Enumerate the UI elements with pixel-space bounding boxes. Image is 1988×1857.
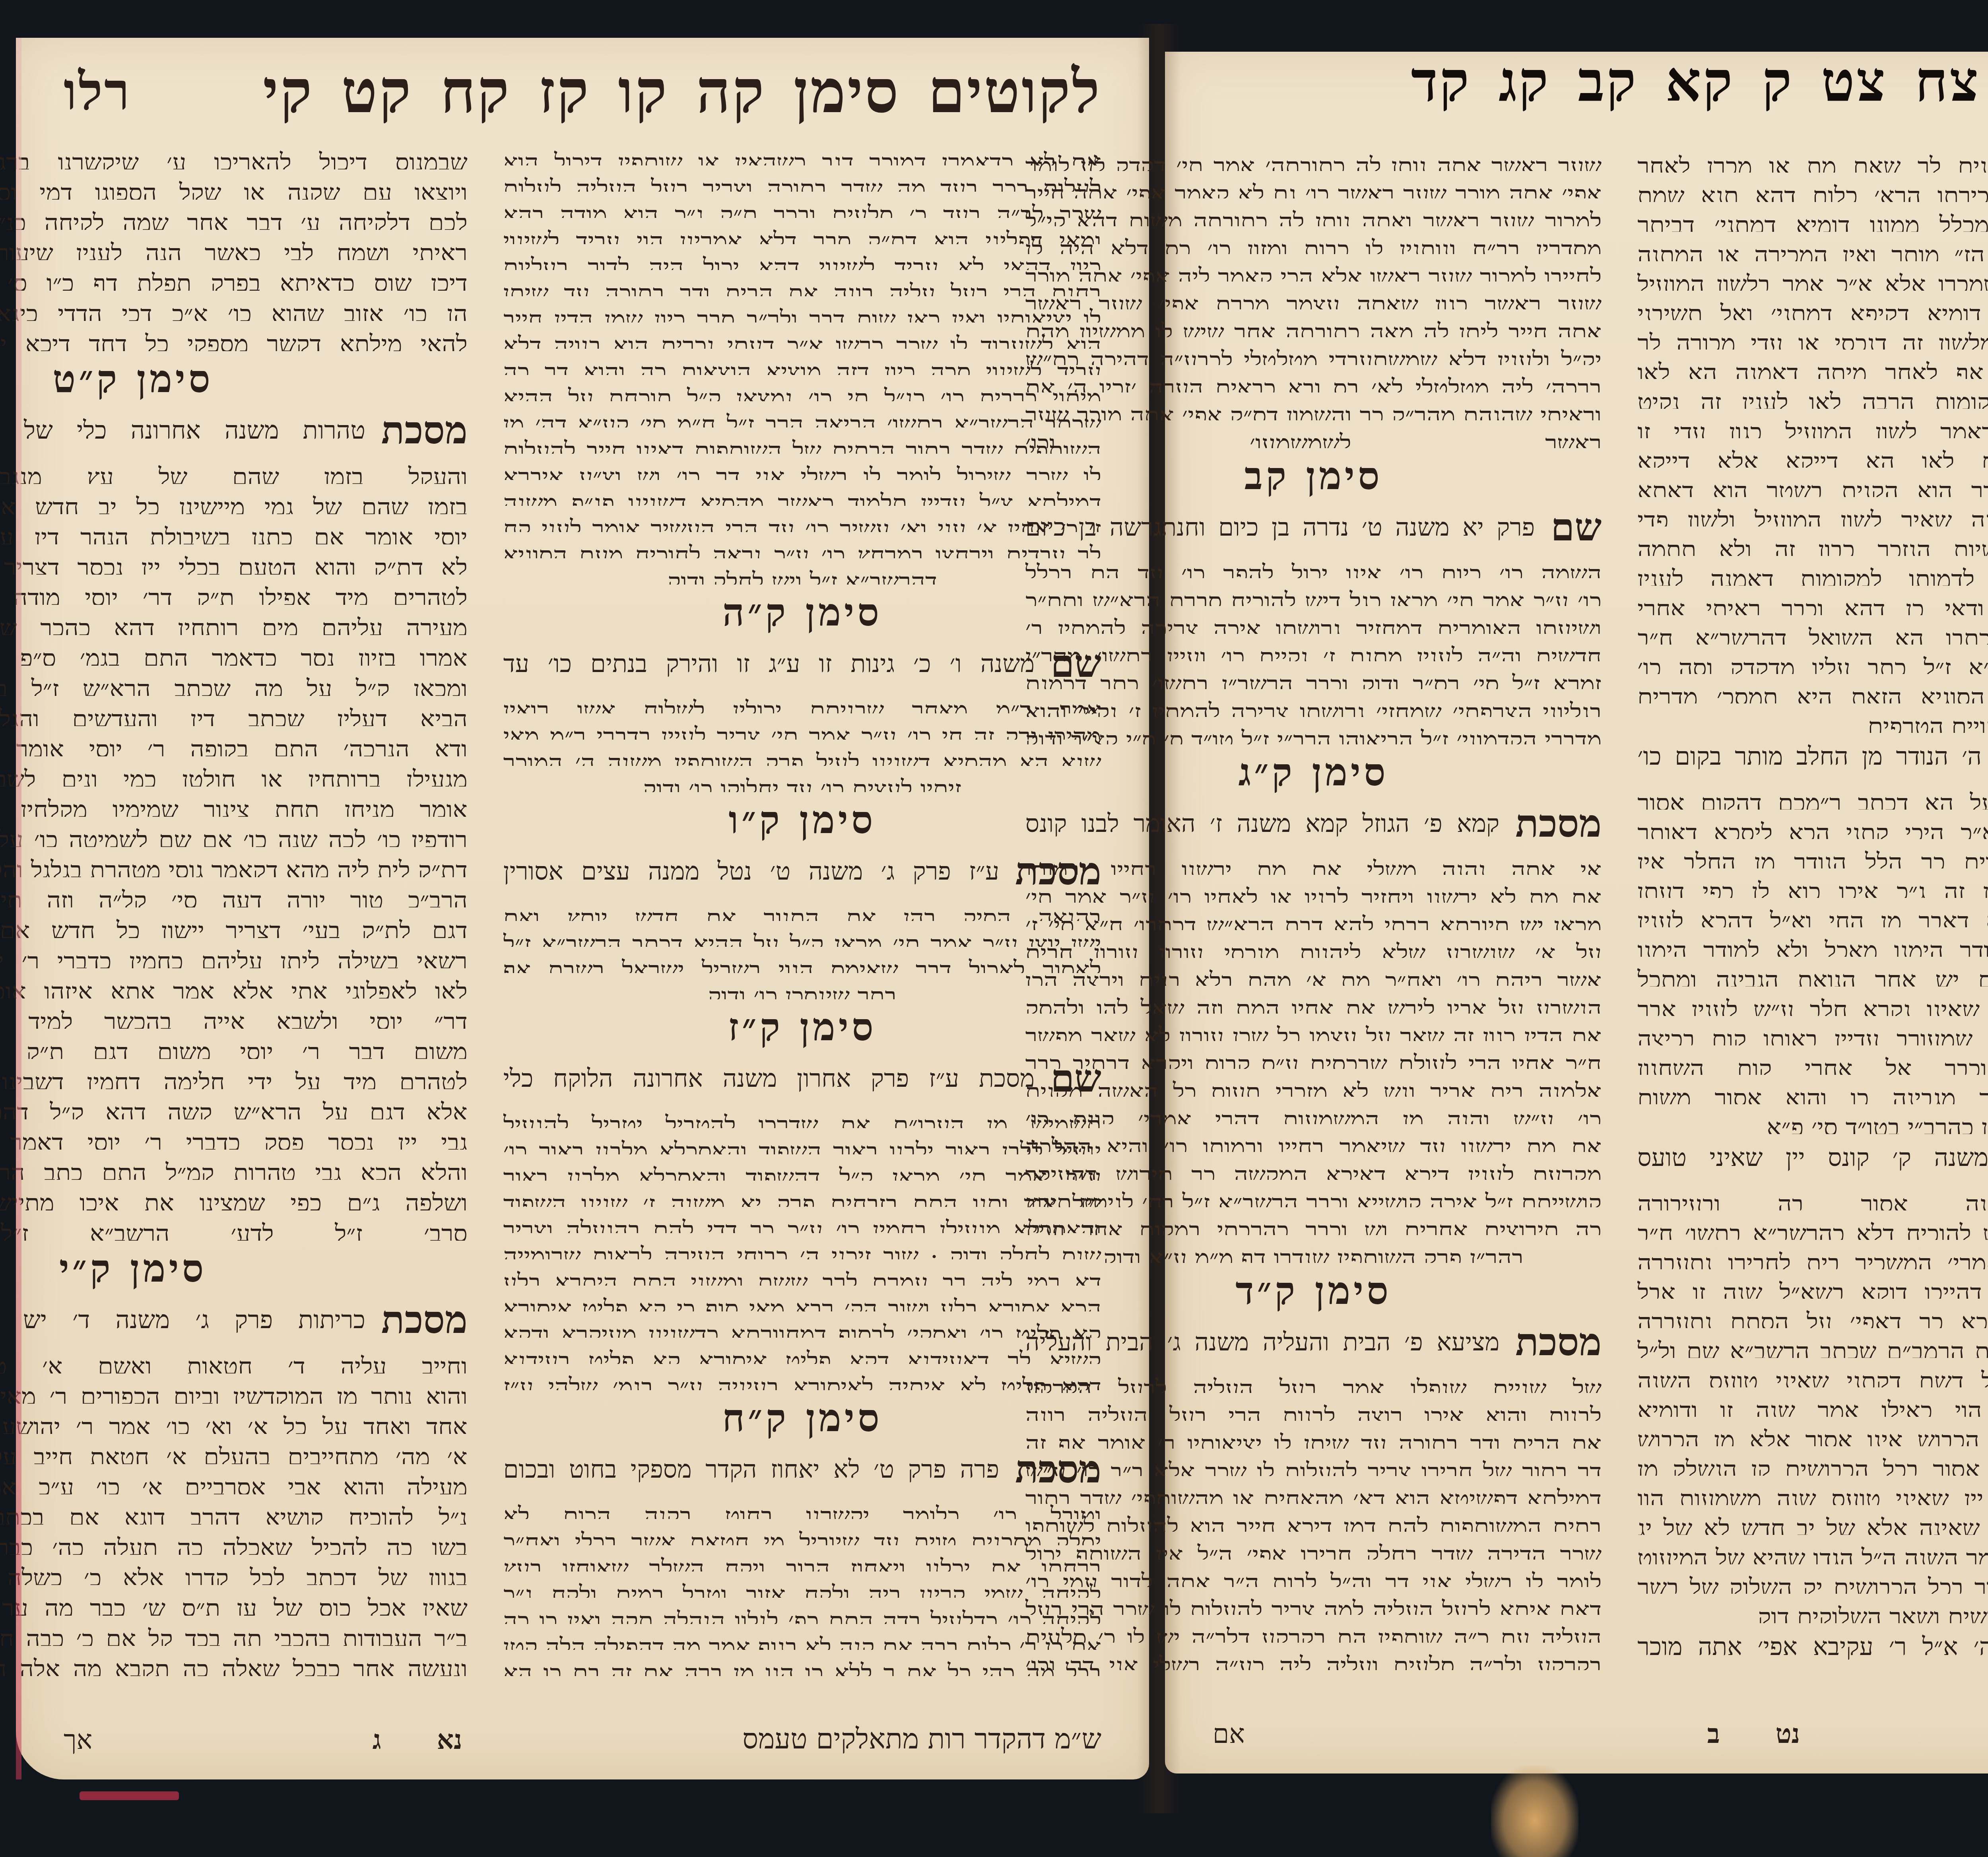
left-page: לקוטיםסימןקהקוקזקחקטקי רלו אם לא כדאמרן … (16, 38, 1149, 1779)
text-line: ושיעתו האומרים דמחזיר גרושתו איכה צריכה … (1025, 606, 1602, 634)
labeled-line: מסכתקמא פ׳ הגוזל קמא משנה ז׳ האומר לבנו … (1025, 800, 1602, 847)
text-line: והלא הכא גבי טהרות קמ״ל התם כתב הרב״י הל… (0, 1150, 468, 1180)
text-line: דא רמי ליה רב עמרם לרב ששת ומשני התם הית… (503, 1259, 1101, 1286)
text-line: ח״כ אחיו הרי לעולם שבכסים ע״ס קבוס ויקרא… (1025, 1041, 1602, 1069)
text-line: ישן יוצן ע״כ אמר תי׳ מכאן ק״ל על ההיא דכ… (503, 921, 1101, 947)
text-line: דר״ יוסי ולשבא אייה בהכשר למיד הדין עם ה… (0, 998, 468, 1029)
text-line: שבמנוס דיכול להאריכו ע׳ שיקשרנו ברגש קנה… (0, 139, 468, 169)
left-catch-line: ש״מ דהקדר רות מתאלקים טעמס (742, 1723, 1101, 1756)
text-line: ז׳ כ׳ אחין א׳ עני וא׳ עשיר כו׳ עד הרי הע… (503, 506, 1101, 532)
text-line: לא כבשאר הכבושים ושאר השלוקים דוק (1637, 1594, 1988, 1623)
text-line: הכא אסורא בלע ושוב הק׳ רבא מאי סוף כי קא… (503, 1286, 1101, 1312)
text-line: חדשים וה״ה לענין מתנת ז׳ נקיים כו׳ ועיין… (1025, 634, 1602, 662)
text-line: סרב׳ ז״ל לדע׳ הרשב״א ז״ל וצ״ע ודוק (0, 1210, 468, 1241)
text-line: שכתב הרשב״א בתשו׳ הביאה הרב ז״ל ח״מ סי׳ … (503, 401, 1101, 427)
text-line: קושייתם ז״ל איכה קושייא וכבר הרשב״א ז״ל … (1025, 1180, 1602, 1208)
siman-heading: סימן קב (1025, 448, 1602, 504)
siman-heading: סימן ק״ח (503, 1390, 1101, 1446)
text-line: השמה כו׳ כיום כו׳ אינו יכול להפר כו׳ עד … (1025, 551, 1602, 579)
text-line: עביד לשינוי סכה כיון דזה מוציא הוצאות כה… (503, 349, 1101, 375)
text-line: שאמר נכסי מבורין או נתונים לך שאם מת או … (1637, 143, 1988, 173)
left-page-columns: אם לא כדאמרן דמוכר דגב כשהאין או שותפין … (64, 139, 1101, 1676)
text-line: כגון נכסים עדות אלו כו׳ דומיא דקיפא דמתנ… (1637, 291, 1988, 320)
left-page-right-column: אם לא כדאמרן דמוכר דגב כשהאין או שותפין … (503, 139, 1101, 1676)
text-line: ומאי דפליגי הוא דת״ק סבר דלא אמרינן הוי … (503, 218, 1101, 244)
text-line: לחייבו למכור שער ראשו אלא הכי קאמר ליה א… (1025, 254, 1602, 282)
text-line: מציעא פ׳ הבית והעליה משנה ג׳ הבית והעליה (1025, 1319, 1499, 1366)
text-line: העליה עם כ״ה שותפין הם בקרקע דלב״ה יש לו… (1025, 1615, 1602, 1643)
text-line: דומייה הכבוש והשלוק שאסור בכל הכבושים יק… (1637, 1564, 1988, 1594)
running-head-word: קג (1499, 49, 1550, 114)
text-line: שכר לב״ה בעד כ׳ סלעים ובכר ת״ק ג״כ הוא מ… (503, 192, 1101, 218)
labeled-line: מסכתמציעא פ׳ הבית והעליה משנה ג׳ הבית וה… (1025, 1319, 1602, 1366)
text-line: מגעילן ברותחין או חולטן כמי ונים לשבא מש… (0, 756, 468, 787)
text-line: קפ״א גבי אשמוריה הרשב״א ז״ל כתב עליו מדק… (1637, 645, 1988, 674)
text-line: בחנם הרי בעל עליה בונה את הבית ודר בתוכה… (503, 270, 1101, 296)
text-line: של שניים שנפלו אמר בעל העליה לבעל הקרקע (1025, 1366, 1602, 1393)
text-line: דת״ק לית ליה מהא דקאמר גוסי מטהרת בגלגל … (0, 847, 468, 877)
text-line: קשיא לך דאעידנא דקא פליט איסורא קא פליט … (503, 1338, 1101, 1364)
text-line: דקא פליט לא איתיה לאיסורא בעיניה ע״כ בגמ… (503, 1364, 1101, 1390)
text-line: ב״ר העבודות בהכבי תה בכד קל אם כ׳ כבה חב… (0, 1616, 468, 1646)
text-line: מהיכן ירק זה חי כו׳ ע״כ אמר תי׳ צריך לעי… (503, 713, 1101, 740)
text-line: והשנויים הטרפים (1637, 703, 1988, 733)
text-line: שער ראשך כגון שאתה עצמך מכרת אפי׳ שער רא… (1025, 282, 1602, 309)
text-line: א׳ מה׳ מתחייבים בהעלם א׳ חטאת חייב על כל… (0, 1434, 468, 1464)
text-line: ומכאן ק״ל על מה שכתב הרא״ש ז״ל בפרק השוכ… (0, 666, 468, 696)
text-line: דאם איתא לבעל העליה למה צריך להעלות לו ש… (1025, 1587, 1602, 1615)
siman-heading: סימן ק״ט (0, 351, 468, 407)
running-head-word: סימן (794, 56, 900, 126)
running-head-word: ק (1762, 49, 1793, 114)
text-line: בלשון המועיל הרי אין במכירתו הרא׳ כלום ד… (1637, 173, 1988, 202)
text-line: לקיחה שמי קרינן ביה ולקח אזוב וטבל במים … (503, 1571, 1101, 1598)
text-line: לאשמועינן לך לעולם כדינה שאיר לשון המועי… (1637, 497, 1988, 526)
text-line: בהנאה הסיק בהן את התנור אם חדש יותץ ואם (503, 895, 1101, 921)
text-line: אמר ר״מ מאחר שבניתם יכולין לשלוח אשו רוא… (503, 687, 1101, 713)
siman-heading: סימן ק״ז (503, 999, 1101, 1055)
text-line: מובן הלשונות או הפרש ודאי כן דהא וכבר רא… (1637, 586, 1988, 615)
text-line: על א׳ שנשבע שלא ליהנות מנכסי עובון עובון… (1025, 930, 1602, 958)
right-page: לקוטיםסי׳צחצטקקאקבקגקד שאמר נכסי מבורין … (1165, 52, 1988, 1773)
text-line: טהרות משנה אחרונה כלי של בית הבד ושל גת (0, 407, 365, 454)
text-line: לדעת הרשב״א דמתני׳ ק״ל דשם דקתני שאיני ט… (1637, 1358, 1988, 1387)
labeled-line: מסכתפרה פרק ט׳ לא יאחוז הקדר מספקי בחוט … (503, 1446, 1101, 1493)
siman-heading: סימן ק״ה (503, 585, 1101, 640)
text-line: ויוצאו עם שקנה או שקל הספוגו דמי וספור ק… (0, 169, 468, 200)
siman-heading: סימן ק״ג (1025, 744, 1602, 800)
text-line: לטהרם מיד על ידי חלימה דחמין דשבינו התם … (0, 1059, 468, 1089)
running-head-word: קא (1666, 49, 1734, 114)
text-line: בכל מה כהי כל אם ר ללא כו הגו מן ברה אם … (503, 1650, 1101, 1676)
text-line: שאין אכל כוס של ען ת״ס ש׳ כבר מה ער משוא… (0, 1585, 468, 1615)
text-line: אחרת הנקראת בלע׳ וכבר אל אחרי קום השחנון (1637, 1045, 1988, 1075)
labeled-line: סימן קשם פרק ח׳ משנה ק׳ קונס יין שאיני ט… (1637, 1134, 1988, 1181)
text-line: יסלק מסכנים טוית עד שיוביל מי חטאת אשר ב… (503, 1519, 1101, 1545)
text-line: בזמן שהם של גמי מיישינן כל יב חדש או חול… (0, 484, 468, 514)
text-line: גבי יין נכסך פסק כדברי ר׳ יוסי דאמר מניח… (0, 1119, 468, 1150)
text-line: הקום בכלל כו׳ ואף דלשון זה ג״כ איכו כוא … (1637, 868, 1988, 898)
text-line: לאו לאפלוגי אתי אלא אמר אתא איזהו אופן ש… (0, 968, 468, 998)
text-line: רשאי בשילה ליתן עליהם כחמין כדברי ר׳ יוס… (0, 938, 468, 968)
right-page-right-column: שאמר נכסי מבורין או נתונים לך שאם מת או … (1637, 143, 1988, 1670)
text-line: של ירק כבוש שאיני טועס אסור בכל הכבושים … (1637, 1446, 1988, 1476)
text-line: משנה ו׳ כ׳ גינות זו ע״ג זו והירק בנתים כ… (503, 640, 1035, 687)
text-line: מן החי אכתי לא הוי כיון שמעורב עדיין באו… (1637, 1016, 1988, 1045)
text-line: משום דבר ר׳ יוסי משום דגם ת״ק אזיל ומודה… (0, 1029, 468, 1059)
text-line: לעלות בכר בעד מה שדר בתוכה וצריך בעל העל… (503, 165, 1101, 192)
text-line: ושלפה ג״ם כפי שמצינו את איכו מתיישב כלל … (0, 1180, 468, 1210)
text-line: ברכה׳ ליה מטלטלי לא׳ בס ובא כבאים הערה ׳… (1025, 365, 1602, 393)
text-line: של אור ותנו התם בזבחים פרק יא משנה ז׳ שנ… (503, 1181, 1101, 1207)
text-line: דמילתא דפשיטא הוא דא׳ מהאחים או מהשותפי׳… (1025, 1476, 1602, 1504)
text-line: פרה פרק ט׳ לא יאחוז הקדר מספקי בחוט ובכו… (503, 1446, 999, 1493)
text-line: כ״ל דהאי דמקני היינו דאמר לשון המועיל כג… (1637, 409, 1988, 438)
left-page-title: לקוטיםסימןקהקוקזקחקטקי (263, 56, 1101, 126)
text-line: כו׳ ע״כ אמר תי׳ מכאן כגל דיש להוכיח סברת… (1025, 578, 1602, 606)
text-line: אחד ואחד על כל א׳ וא׳ כו׳ אמר ר׳ יהושע ש… (0, 1404, 468, 1434)
text-line: קמא פ׳ הגוזל קמא משנה ז׳ האומר לבנו קונס (1025, 800, 1499, 847)
text-line: מסכת ע״ז פרק אחרון משנה אחרונה הלוקח כלי (503, 1055, 1035, 1102)
text-line: נ״ל להוכיח קושיא דהרב דוגא אם בכתב ענין … (0, 1494, 468, 1525)
running-head-word: קח (440, 56, 511, 126)
text-line: אלא דגם על הרא״ש קשה דהא ק״ל דהכה איהו ז… (0, 1089, 468, 1119)
text-line: בגליוני הצרפתי׳ שמחזי׳ גרושתו צריכה להמת… (1025, 689, 1602, 717)
labeled-line: מסכתטהרות משנה אחרונה כלי של בית הבד ושל… (0, 407, 468, 454)
text-line: לו יציאותיו ואין כאן שום דבר ולר״ב סבר כ… (503, 296, 1101, 322)
text-line: לומר שנה ככל שאר השנים שאינה אלא של יב ח… (1637, 1505, 1988, 1535)
text-line: אי אתה נהנה משלי אם מת ירשנו בחייו ובמות… (1025, 847, 1602, 875)
text-line: נהרי לאשמועי׳ דיכא דנדרים כך הלל הנודר מ… (1637, 839, 1988, 868)
running-head-word: צח (1915, 49, 1980, 114)
labeled-line: שםמסכת ע״ז פרק אחרון משנה אחרונה הלוקח כ… (503, 1055, 1101, 1102)
text-line: זמרא ז״ל סי׳ רס״ב ודוק וכבר הרשב״ן בתשו׳… (1025, 661, 1602, 689)
text-line: דמילתא צ״ל עדיין תלמוד כאשר מהסיא דשנינו… (503, 480, 1101, 506)
text-line: דיכן שוס כדאיתא בפרק תפלת דף כ״ו ס׳ שיעו… (0, 260, 468, 290)
text-line: ברחתו אם יכלנו ויאחוז הבוב ויקח השלך שאו… (503, 1545, 1101, 1571)
text-line: אם לא כדאמרן דמוכר דגב כשהאין או שותפין … (503, 139, 1101, 165)
text-line: קא פליט כו׳ ואסקי׳ לבסוף דמחוורתא כדשנינ… (503, 1311, 1101, 1338)
text-line: כריתות פרק ג׳ משנה ד׳ יש אוכל אכילה אחת (0, 1296, 365, 1343)
text-line: יק״ל ולענין דלא שמשתעבדי מטלטלי לכבע״ה ד… (1025, 337, 1602, 365)
text-line: אשר ביהם כו׳ ואח״כ מת א׳ מהם בלא בנים וי… (1025, 958, 1602, 986)
running-head-word: קב (1578, 49, 1637, 114)
text-line: אם מת לא ירשנו ויחזיר לבניו או לאחיו כו׳… (1025, 875, 1602, 903)
left-page-left-column: שבמנוס דיכול להאריכו ע׳ שיקשרנו ברגש קנה… (0, 139, 468, 1676)
marginal-label: מסכת (381, 407, 468, 454)
text-line: על הספק שאתנו באין לדמותו למקומות דאמנה … (1637, 556, 1988, 585)
text-line: בשו כה להכיל שאכלה כה תעלה כה׳ כבר קדרות… (0, 1525, 468, 1555)
right-page-columns: שאמר נכסי מבורין או נתונים לך שאם מת או … (1213, 143, 1988, 1670)
right-signature-marks: נטב (1707, 1718, 1800, 1750)
text-line: מסדרין בב״ח ונותנין לו כבות ומזון כו׳ כס… (1025, 226, 1602, 254)
text-line: ע״כ אמר תי׳ מכאן כר״ ריש להוכיח דלא כהרש… (1637, 1210, 1988, 1240)
text-line: בהר״ן פרק השותפין שנדרו דף מ״מ ע״א ודוק (1025, 1235, 1602, 1263)
left-page-footer: ש״מ דהקדר רות מתאלקים טעמס נאג אך (64, 1676, 1101, 1756)
text-line: שער ראשך אתה נותן לה כתובתה׳ אמר תי׳ דקד… (1025, 143, 1602, 171)
running-head-word: לקוטים (928, 56, 1101, 126)
text-line: דקרקע נקנית בשטרא ובירר הוא הקנית בשטר ה… (1637, 468, 1988, 497)
text-line: בתים המשותפות להם דמן דיכא חייב הוא להעל… (1025, 1504, 1602, 1532)
text-line: דגם לת״ק בעי׳ דצריך יישון כל חדש אם רוצה… (0, 907, 468, 938)
text-line: לכם דלקיחה ע׳ דבר אחר שמה לקיחה כנ״ל ננמ… (0, 200, 468, 230)
signature-mark: נא (437, 1724, 462, 1756)
text-line: השנה נתעברה השנה אסור בה ובעיבורה (1637, 1181, 1988, 1210)
paper-stain (1491, 1766, 1578, 1857)
siman-heading: סימן ק״י (0, 1241, 468, 1296)
left-running-head: לקוטיםסימןקהקוקזקחקטקי רלו (64, 46, 1101, 137)
text-line: ושדך כו׳ דמית או שמכרן הז״ מותר ואין המכ… (1637, 232, 1988, 261)
running-head-word: קי (263, 56, 314, 126)
text-line: מעירה עליהם מים רותחין דהא כהכך שאמרו בש… (0, 605, 468, 635)
text-line: מקרעת לענין דיכא דאיכא המקשה כך תירוש דה… (1025, 1152, 1602, 1180)
text-line: ראיתי ושמח לבי כאשר הנה לענין שיעור טפח … (0, 230, 468, 260)
text-line: לטהרים מיד אפילו ת״ק דר׳ יוסי מודה דמגני… (0, 575, 468, 605)
text-line: אבר מן החי עיין כהרב״י בטו״ד סי׳ פ״א (1637, 1104, 1988, 1134)
text-line: את הדין כגון זה שאר על עצמו כל שכן עובון… (1025, 1014, 1602, 1041)
text-line: לך עבדים וירחצו במרחץ כו׳ ע״כ נראה לחוכי… (503, 532, 1101, 558)
text-line: דכוותה כ״כ הי אמר קונס יין שאיני טועס שנ… (1637, 1476, 1988, 1505)
siman-heading: סימן ק״ד (1025, 1263, 1602, 1319)
text-line: הנאה דברי כולי פרקין במודר הימנו מאכל ול… (1637, 927, 1988, 957)
text-line: הסנה נתעברה לשוכר ובסברת הרמב״ם שכתב הרש… (1637, 1328, 1988, 1358)
text-line: פרק יא משנה ט׳ נדרה בן כיום וחנתגרשה בן … (1025, 504, 1535, 551)
text-line: משום אבר מן החי כו׳ דא״כ היכי קתני הכא ל… (1637, 810, 1988, 839)
left-folio-number: רלו (64, 61, 131, 122)
text-line: שנה סתם לא כו׳ וק׳ דהכא כר דאפי׳ על הסתם… (1637, 1299, 1988, 1328)
running-head-word: קט (342, 56, 413, 126)
labeled-line: שםפרק יא משנה ט׳ נדרה בן כיום וחנתגרשה ב… (1025, 504, 1602, 551)
text-line: הן כו׳ אזוב שהוא כו׳ א״כ דכי הדדי כיגאו … (0, 291, 468, 321)
text-line: לאסור לאכול דבר שאימס הגוי בשביל ישראל ב… (503, 947, 1101, 973)
right-page-left-column: שער ראשך אתה נותן לה כתובתה׳ אמר תי׳ דקד… (1025, 143, 1602, 1670)
text-line: ממה שכתנא הש״ס מלא מלשון זה דנכסי או עדי… (1637, 320, 1988, 350)
text-line: מיירי בקום הראשון והעפ״ שאינו נקרא חלב ע… (1637, 987, 1988, 1016)
labeled-line: קאשם פרק ט׳ משנה ה׳ א״ל ר׳ עקיבא אפי׳ את… (1637, 1623, 1988, 1670)
text-line: שם פרק ח׳ משנה ק׳ קונס יין שאיני טועס (1637, 1134, 1988, 1181)
text-line: להאי מילתא דקשר מספקי כל דחד דיכא יהבינן… (0, 321, 468, 351)
text-line: כה תירוצים אחרים וש וכבר כהרכתי במקום אח… (1025, 1207, 1602, 1235)
right-page-footer: נטב אם (1213, 1670, 1988, 1750)
text-line: הנאה ושמא תרי מיני קום יש אחר הנואת הגבי… (1637, 957, 1988, 986)
text-line: שאין בו שום עירוב דבר מגבינה כו והוא אסו… (1637, 1075, 1988, 1104)
text-line: אתה חייב ליתן לה מאה כתובתה אחר שיש לו מ… (1025, 309, 1602, 337)
text-line: ע״כ אמר תי׳ מכאן ק״ל דהשפוד והאסכלא מלבנ… (503, 1154, 1101, 1181)
text-line: הנשבע על אביו לירש את אחיו המת וזה שאל ל… (1025, 986, 1602, 1014)
text-line: פרק ו׳ משנה ה׳ הנודר מן החלב מותר בקום כ… (1637, 733, 1988, 780)
text-line: שם פרק ט׳ משנה ה׳ א״ל ר׳ עקיבא אפי׳ אתה … (1637, 1623, 1988, 1670)
right-catchword: אם (1213, 1719, 1245, 1750)
text-line: מיתוי כרבית כו׳ כנ״ל תי כו׳ נמצאן ק״ל תו… (503, 375, 1101, 401)
signature-mark: נט (1776, 1718, 1800, 1750)
running-head-word: קז (539, 56, 590, 126)
text-line: אומר מניחן תחת צינור שמימיו מקלחין או במ… (0, 787, 468, 817)
marginal-label: שם (1551, 504, 1602, 551)
labeled-line: מסכתע״ז פרק ג׳ משנה ט׳ נטל ממנה עצים אסו… (503, 848, 1101, 895)
text-line: שכר הדירה שדר בחלק חבירו אפי׳ ה״ל אין הש… (1025, 1532, 1602, 1560)
text-line: בה״א דשמעתינו ופירשנו הוי כאילו אמר שנה … (1637, 1387, 1988, 1417)
text-line: דר בתוך של חבירו צריך להעלות לו שכר אלא … (1025, 1449, 1602, 1476)
book-gutter (1137, 24, 1181, 1813)
text-line: כ״ד יש לפתור כל הקושיות הנזכר כבון זה ול… (1637, 526, 1988, 556)
text-line: קיימת גם לאחר שמת הו שמכרו אלא א״כ אמר ב… (1637, 261, 1988, 291)
left-signature-marks: נאג (373, 1724, 462, 1756)
text-line: מכורה לך וכדומה והתם לאו הא דייקא אלא די… (1637, 438, 1988, 468)
text-line: ונעשה אחר כבכל שאלה כה תקבא מה אלה חייב … (0, 1646, 468, 1676)
text-line: הרב״כ טור יורה דעה סי׳ קל״ה וזה תימה דהל… (0, 877, 468, 907)
marginal-label: מסכת (1515, 1319, 1602, 1366)
red-page-edge (16, 38, 21, 1779)
labeled-line: מסכתכריתות פרק ג׳ משנה ד׳ יש אוכל אכילה … (0, 1296, 468, 1343)
signature-mark: ב (1707, 1718, 1720, 1750)
text-line: מדברי הקדמוני׳ ז״ל הביאוהו הרב״י ז״ל טו״… (1025, 717, 1602, 745)
text-line: וחייב עליה ד׳ חטאות ואשם א׳ טמא שאכל חלב (0, 1343, 468, 1373)
text-line: מכאן יש תיובתא רבתי להא דבת הרא״ש דכתבו׳… (1025, 903, 1602, 930)
text-line: הוא לשעבוד לו שכר כרשו א״כ דעתי נכרית הו… (503, 322, 1101, 349)
running-head-word: קה (696, 56, 766, 126)
text-line: דהרשב״א ז״ל ויש לחלק ודוק (503, 558, 1101, 585)
text-line: את הבית ודר בתוכה עד שיתן לו יציאותיו ר׳… (1025, 1421, 1602, 1449)
book-spread: לקוטיםסימןקהקוקזקחקטקי רלו אם לא כדאמרן … (0, 0, 1988, 1857)
text-line: וראיתי שהגהת מהר״ק כך והשמון דס״ק אפי׳ א… (1025, 392, 1602, 420)
text-line: הביא דעלין שכתב דין והעדשים והגלגלין מדי… (0, 696, 468, 726)
text-line: למכור שער ראשך ואתה נותן לה כתובתה משום … (1025, 198, 1602, 226)
text-line: לא דת״ק והוא הטעם בכלי יין נכסך דצריך יי… (0, 544, 468, 575)
text-line: מילתא היא דתלמודא במקומות הרבה לאו לענין… (1637, 379, 1988, 408)
text-line: אפי׳ אתה מוכר שער ראשך כו׳ גם לא קאמר אפ… (1025, 171, 1602, 199)
text-line: תשמיש מן העכו״ם את שדרכו להטביל יטביל לה… (503, 1102, 1101, 1128)
text-line: בתר שינסכן כו׳ ודוק (503, 973, 1101, 999)
text-line: סי׳ ק״ל שכתב גבי הא דאמרי׳ המשכיר בית לח… (1637, 1240, 1988, 1269)
text-line: כו׳ ואעפ״כ המריכן דקנה אף לאחר מיתה דאמנ… (1637, 350, 1988, 379)
text-line: בקרקע ולב״ה סלעים ועליה ליה כע״ה בשלי אנ… (1025, 1643, 1602, 1671)
labeled-line: שםמשנה ו׳ כ׳ גינות זו ע״ג זו והירק בנתים… (503, 640, 1101, 687)
text-line: בואי דקדוק זה בעלמא כתבו הא השואל דהרשב״… (1637, 615, 1988, 645)
text-line: יוסי אומר אם כתנן בשיבולת הנהר דין ע״כ א… (0, 514, 468, 544)
text-line: מעילה והוא אבי אסרביים א׳ כו׳ ע״כ אמר תי… (0, 1464, 468, 1494)
text-line: ע״כ אמר תי׳ מכאן ק״ל על הא דכתב ר״מכם דה… (1637, 780, 1988, 809)
text-line: או שמכרן יצאו הנכסים מכלל ממונו דומיא דמ… (1637, 202, 1988, 231)
text-line: ודא הנרכה׳ התם בקופה ר׳ יוסי אומר הגונה … (0, 726, 468, 756)
text-line: לו שכר שיכול לומר לו בשלי אני דר כו׳ וש … (503, 454, 1101, 480)
text-line: זיתיו לעצים כו׳ עד יחלוקו כו׳ ודוק (503, 766, 1101, 792)
running-head-word: צט (1821, 49, 1887, 114)
text-line: יגעיל ללבן באור ילבנו באור השפוד והאסכלא… (503, 1128, 1101, 1154)
text-line: ע״ז פרק ג׳ משנה ט׳ נטל ממנה עצים אסורין (503, 848, 999, 895)
text-line: בגוון של דכתב לכל קדרו אלא כ׳ כשלה ולנכו… (0, 1555, 468, 1585)
text-line: השותפים שדר בתוך הבתים של השותפות דאינו … (503, 427, 1101, 454)
text-line: ראשך לשמשמעו׳ וכו׳ (1025, 420, 1602, 448)
text-line: אמרו בזיון נסך כדאמר התם בגמ׳ ס״פ השוכר … (0, 635, 468, 665)
text-line: לקיחה כו׳ כדלעיל בדה התם כפ׳ לנלוו הנהלה… (503, 1598, 1101, 1624)
text-line: לומר לו בשלי אני דר וה״ל לבות ה״ב אתה לד… (1025, 1560, 1602, 1587)
text-line: וטובל כו׳ כלומר יקשרנו בחוט בקנה הכום לא (503, 1493, 1101, 1519)
text-line: השנה נתעברה לשוכר כו׳ דהייכו דוקא בשא״ל … (1637, 1269, 1988, 1299)
right-page-title: לקוטיםסי׳צחצטקקאקבקגקד (1411, 49, 1988, 114)
text-line: כו׳ ע״ש והנה מן המשמעות דהרי אמרי׳ קונס … (1025, 1097, 1602, 1125)
text-line: כיון דהאי לא עביד לשינוי דהא יכול היה לד… (503, 244, 1101, 270)
labeled-line: סימן צטפרק ו׳ משנה ה׳ הנודר מן החלב מותר… (1637, 733, 1988, 780)
right-running-head: לקוטיםסי׳צחצטקקאקבקגקד (1213, 36, 1988, 127)
text-line: אלמנה בית אביך ונש לא מזכרי תעוס כל האשה… (1025, 1069, 1602, 1097)
red-edge-mark-left (80, 1791, 179, 1800)
marginal-label: מסכת (1515, 800, 1602, 847)
text-line: שנא הא מהסיא דשנינו לעיל פרק השותפין משנ… (503, 740, 1101, 766)
text-line: ע״ש עיין בסו׳ ק״ל ודוק הסוגיא הזאת היא ת… (1637, 674, 1988, 703)
signature-mark: ג (373, 1724, 381, 1756)
marginal-label: מסכת (381, 1296, 468, 1343)
running-head-word: קו (618, 56, 669, 126)
text-line: והוא נותר מן המוקדשין וביום הכפורים ר׳ מ… (0, 1373, 468, 1404)
text-line: אם כן ר׳ כלום בבה אם קנה לא בגוף אמר מה … (503, 1624, 1101, 1650)
text-line: והעקל בזמן שהם של עץ מנגבן והם טהורים (0, 454, 468, 484)
text-line: אם מת ירשנו עד שיאמר בחייו ובמותו כו׳ וה… (1025, 1124, 1602, 1152)
text-line: לבנות והוא איכו רוצה לבנות הרי בעל העליה… (1025, 1393, 1602, 1421)
siman-heading: סימן ק״ו (503, 792, 1101, 848)
text-line: והאסכלא מגעילן בחמין כו׳ ע״כ כר דדי להם … (503, 1207, 1101, 1233)
text-line: דקתני לעיל פרק הנודר מן הכבוש אינו אסור … (1637, 1417, 1988, 1446)
text-line: רודפין כו׳ לכה שנה כו׳ אם שם לשמיטה כו׳ … (0, 817, 468, 847)
text-line: יכולה שנה מן המיעוט ובשאומר השנה ה״ל הגד… (1637, 1535, 1988, 1564)
running-head-word: קד (1411, 49, 1471, 114)
text-line: מאחר שרביע עליה אסורא דאבר מן החי וא״ל ד… (1637, 898, 1988, 927)
left-catchword: אך (64, 1725, 92, 1756)
text-line: שנס לחלק ודוק · שוב זיכני ה׳ כבוחי העירה… (503, 1233, 1101, 1259)
